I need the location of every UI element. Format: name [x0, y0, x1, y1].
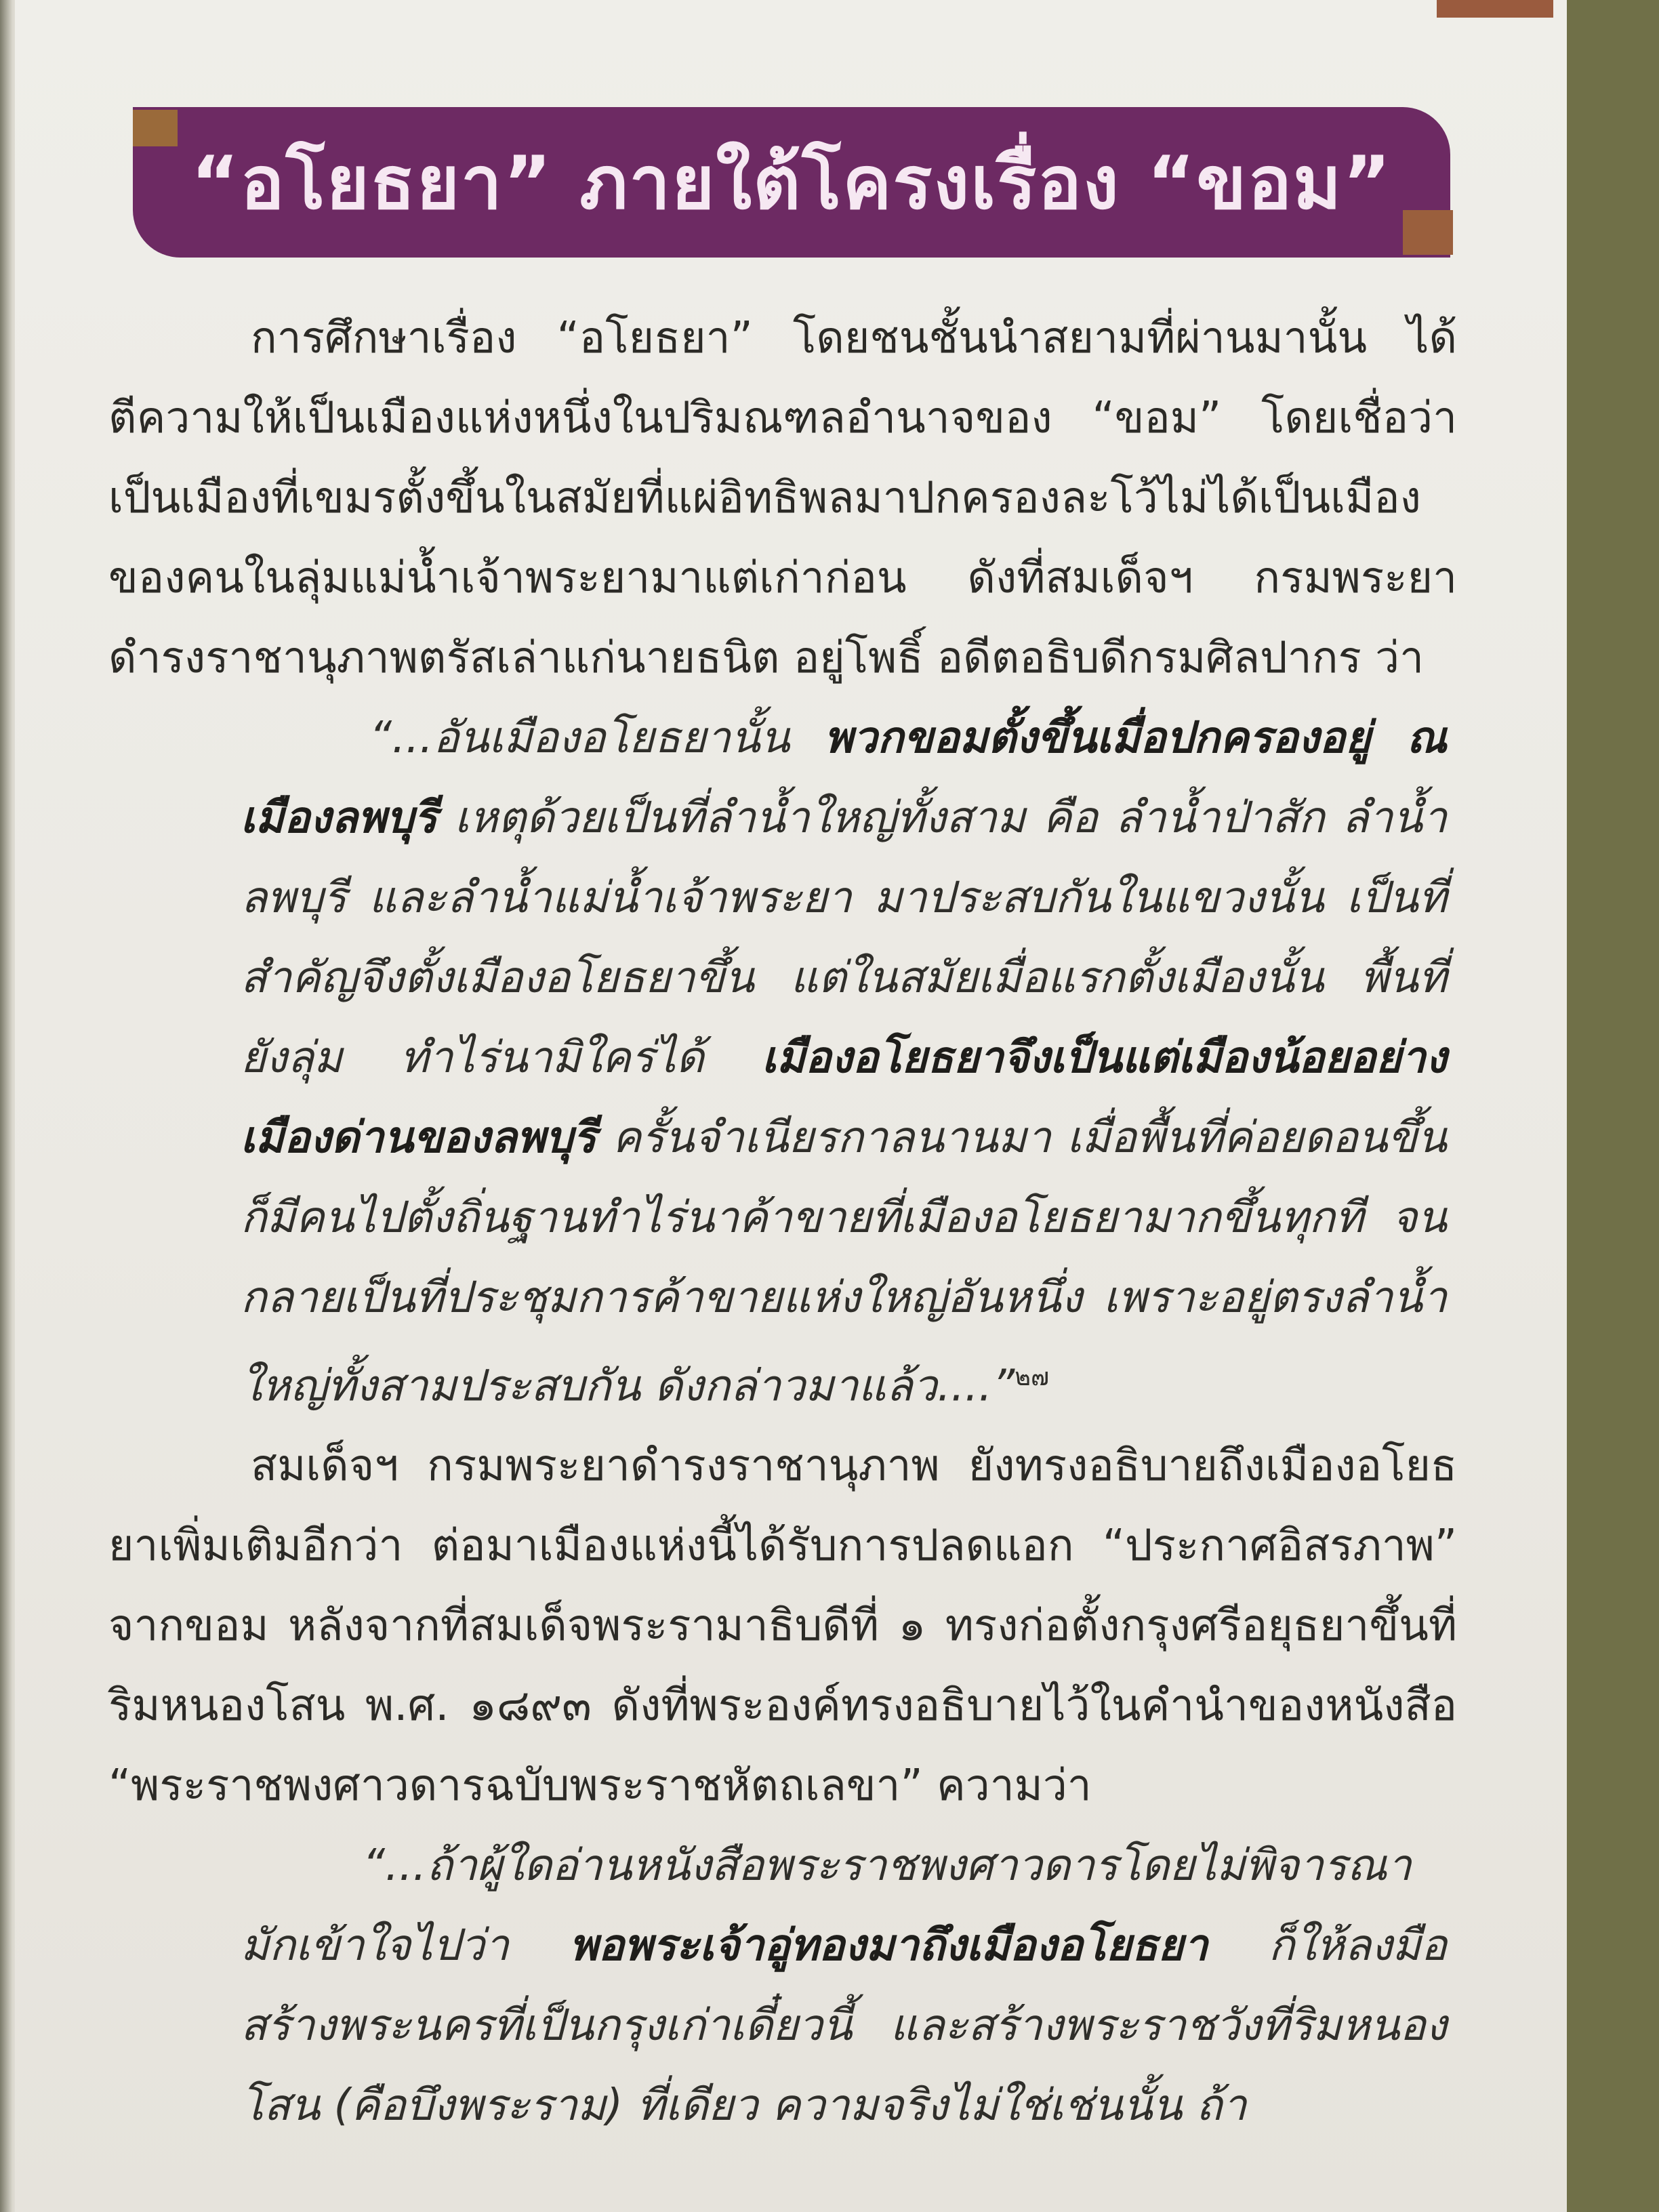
- side-strip: [1567, 0, 1659, 2212]
- footnote-marker: ๒๗: [1015, 1364, 1049, 1391]
- heading-corner-accent-top-left: [133, 110, 178, 146]
- heading-band: “อโยธยา” ภายใต้โครงเรื่อง “ขอม”: [133, 107, 1450, 258]
- article-body: การศึกษาเรื่อง “อโยธยา” โดยชนชั้นนำสยามท…: [108, 298, 1457, 2146]
- paragraph-2: สมเด็จฯ กรมพระยาดำรงราชานุภาพ ยังทรงอธิบ…: [108, 1426, 1457, 1826]
- quote-2-bold-1: พอพระเจ้าอู่ทองมาถึงเมืองอโยธยา: [569, 1921, 1208, 1971]
- paragraph-1: การศึกษาเรื่อง “อโยธยา” โดยชนชั้นนำสยามท…: [108, 298, 1457, 698]
- blockquote-1: “...อันเมืองอโยธยานั้น พวกขอมตั้งขึ้นเมื…: [241, 698, 1447, 1426]
- quote-1-open: “...อันเมืองอโยธยานั้น: [369, 713, 824, 763]
- blockquote-2: “...ถ้าผู้ใดอ่านหนังสือพระราชพงศาวดารโดย…: [241, 1826, 1447, 2146]
- heading-corner-accent-bottom-right: [1403, 210, 1453, 255]
- page-heading: “อโยธยา” ภายใต้โครงเรื่อง “ขอม”: [191, 124, 1393, 241]
- top-color-tab: [1437, 0, 1553, 18]
